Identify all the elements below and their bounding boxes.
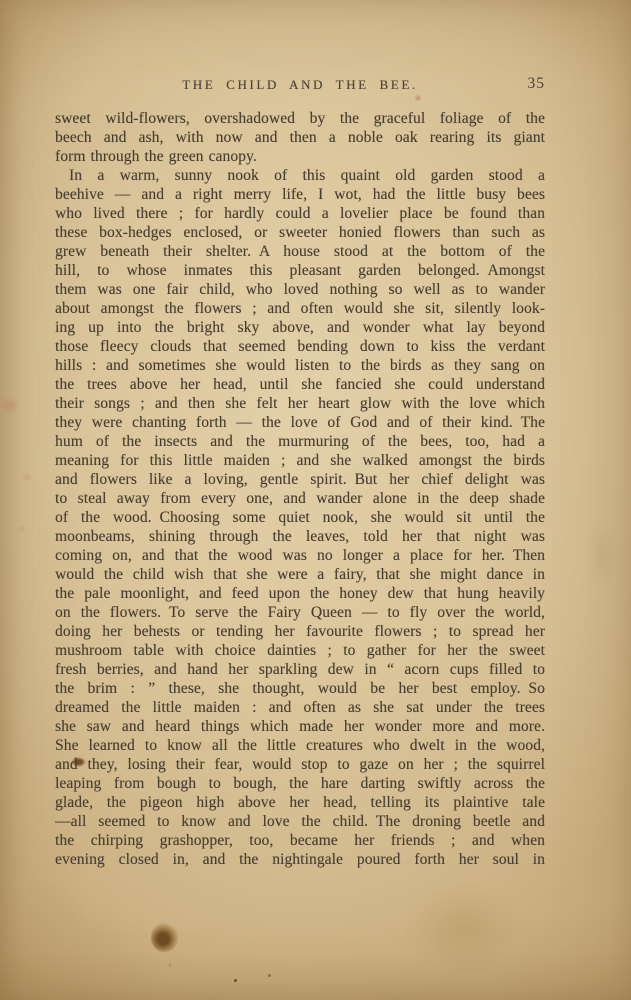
text-line: beehive — and a right merry life, I wot,… [55,185,545,204]
stain-left-margin-dot [22,472,32,482]
stain-speck [168,963,172,967]
text-line: and they, losing their fear, would stop … [55,755,545,774]
text-line: grew beneath their shelter. A house stoo… [55,242,545,261]
text-line: hills : and sometimes she would listen t… [55,356,545,375]
text-line: the chirping grashopper, too, became her… [55,831,545,850]
stain-brown-blob-bottom [151,923,178,952]
text-line: them was one fair child, who loved nothi… [55,280,545,299]
stain-left-margin-dot [17,524,26,533]
text-line: of the wood. Choosing some quiet nook, s… [55,508,545,527]
text-line: who lived there ; for hardly could a lov… [55,204,545,223]
text-line: hill, to whose inmates this pleasant gar… [55,261,545,280]
text-line: beech and ash, with now and then a noble… [55,128,545,147]
stain-speck [234,979,237,982]
stain-right-edge-faint [588,520,618,590]
text-line: glade, the pigeon high above her head, t… [55,793,545,812]
running-header-title: THE CHILD AND THE BEE. [55,77,545,93]
stain-left-margin-smudge [0,397,20,414]
text-line: ing up into the bright sky above, and wo… [55,318,545,337]
text-line: dreamed the little maiden : and often as… [55,698,545,717]
text-line: doing her behests or tending her favouri… [55,622,545,641]
text-line: to steal away from every one, and wander… [55,489,545,508]
text-line: the brim : ” these, she thought, would b… [55,679,545,698]
text-line: meaning for this little maiden ; and she… [55,451,545,470]
stain-faint-patch-bottom [405,885,520,970]
text-line: they were chanting forth — the love of G… [55,413,545,432]
running-header: THE CHILD AND THE BEE. 35 [55,77,545,95]
scanned-book-page: THE CHILD AND THE BEE. 35 sweet wild-flo… [0,0,631,1000]
text-line: about amongst the flowers ; and often wo… [55,299,545,318]
text-line: hum of the insects and the murmuring of … [55,432,545,451]
text-line-paragraph-start: In a warm, sunny nook of this quaint old… [55,166,545,185]
text-line: sweet wild-flowers, overshadowed by the … [55,109,545,128]
text-line-paragraph-end: form through the green canopy. [55,147,545,166]
text-line: she saw and heard things which made her … [55,717,545,736]
stain-speck [268,974,271,977]
text-line: these box-hedges enclosed, or sweeter ho… [55,223,545,242]
text-line: coming on, and that the wood was no long… [55,546,545,565]
text-line: She learned to know all the little creat… [55,736,545,755]
text-line: fresh berries, and hand her sparkling de… [55,660,545,679]
text-line: leaping from bough to bough, the hare da… [55,774,545,793]
text-line: —all seemed to know and love the child. … [55,812,545,831]
text-line: on the flowers. To serve the Fairy Queen… [55,603,545,622]
text-line: the pale moonlight, and feed upon the ho… [55,584,545,603]
text-line: the trees above her head, until she fanc… [55,375,545,394]
text-line: their songs ; and then she felt her hear… [55,394,545,413]
text-line: those fleecy clouds that seemed bending … [55,337,545,356]
stain-red-speck-header [414,94,422,102]
text-line: would the child wish that she were a fai… [55,565,545,584]
page-text-block: sweet wild-flowers, overshadowed by the … [55,109,545,869]
text-line: and flowers like a loving, gentle spirit… [55,470,545,489]
text-line: moonbeams, shining through the leaves, t… [55,527,545,546]
page-number: 35 [528,75,546,93]
text-line: mushroom table with choice dainties ; to… [55,641,545,660]
text-line: evening closed in, and the nightingale p… [55,850,545,869]
